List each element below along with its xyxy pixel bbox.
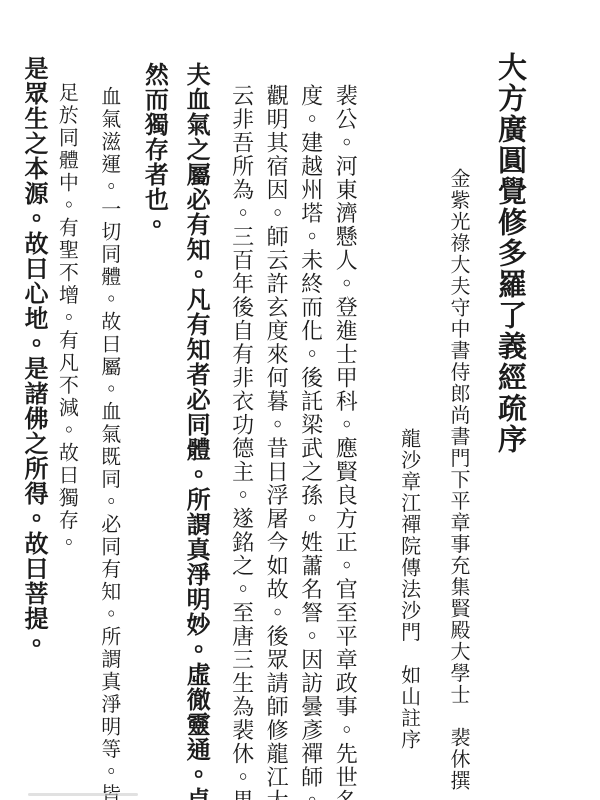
text-column-body-5: 觀明其宿因。師云許玄度來何暮。昔日浮屠今如故。後眾請師修龍江大殿。師	[264, 52, 288, 794]
text-column-main-7: 夫血氣之屬必有知。凡有知者必同體。所謂真淨明妙。虛徹靈通。卓	[183, 52, 209, 794]
text-column-byline-author-1: 金紫光祿大夫守中書侍郎尚書門下平章事充集賢殿大學士 裴休撰	[448, 52, 469, 794]
text-column-body-4: 度。建越州塔。未終而化。後託梁武之孫。姓蕭名詧。因訪曇彥禪師。為入定	[298, 52, 322, 794]
text-column-commentary-cont-10: 足於同體中。有聖不增。有凡不減。故曰獨存。	[56, 52, 77, 794]
text-column-commentary-9: 血氣滋運。一切同體。故曰屬。血氣既同。必同有知。所謂真淨明等。皆具	[98, 52, 119, 794]
text-column-title-0: 大方廣圓覺修多羅了義經疏序	[495, 52, 526, 794]
text-column-byline-annotator-2: 龍沙章江禪院傳法沙門 如山註序	[398, 52, 419, 794]
text-column-body-3: 裴公。河東濟懸人。登進士甲科。應賢良方正。官至平章政事。先世名許玄	[333, 52, 357, 794]
text-column-body-last-6: 云非吾所為。三百年後自有非衣功德主。遂銘之。至唐三生為裴休。果如其言。	[229, 52, 253, 794]
text-column-main-final-11: 是眾生之本源。故曰心地。是諸佛之所得。故曰菩提。	[21, 52, 47, 794]
text-column-main-cont-8: 然而獨存者也。	[142, 52, 168, 794]
sutra-preface-page: 大方廣圓覺修多羅了義經疏序金紫光祿大夫守中書侍郎尚書門下平章事充集賢殿大學士 裴…	[0, 0, 600, 800]
scan-edge-artifact	[28, 793, 138, 796]
